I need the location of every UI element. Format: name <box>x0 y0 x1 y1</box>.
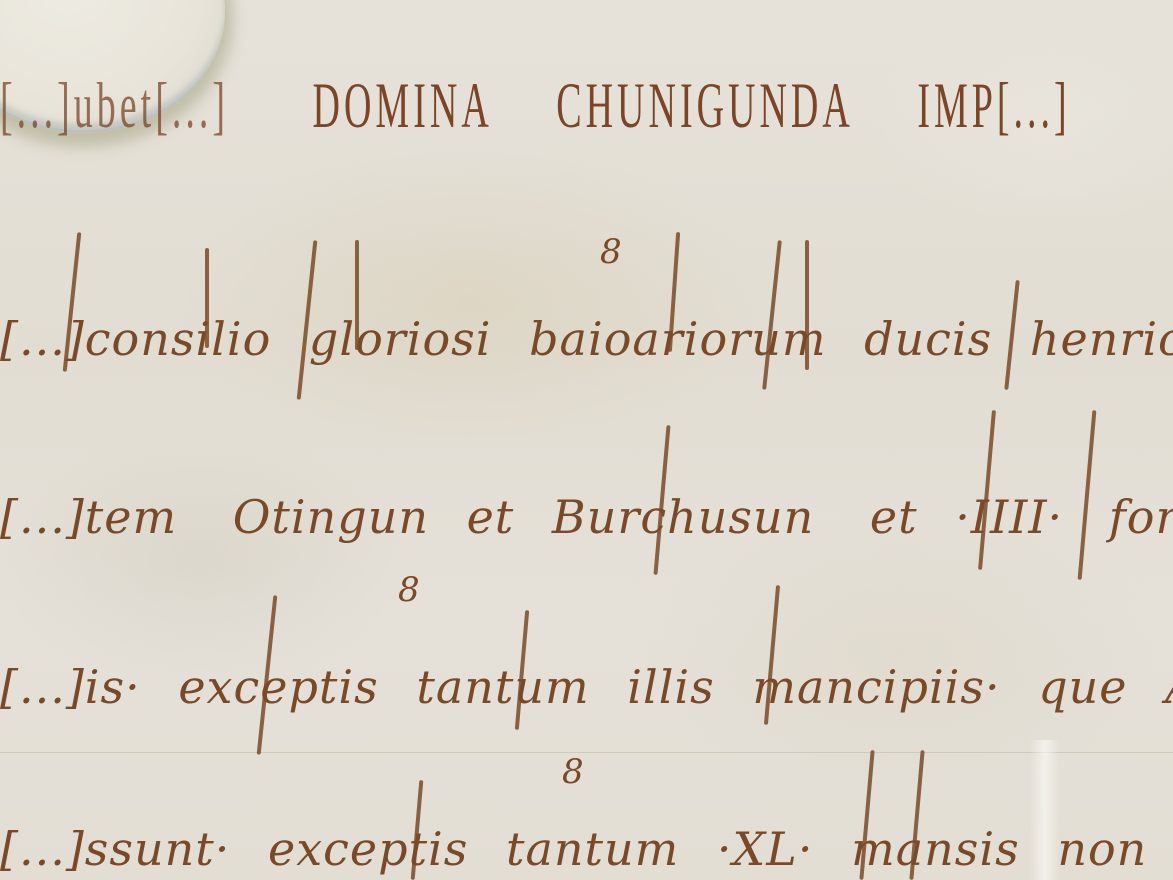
ascender-stroke <box>205 248 209 348</box>
word-et: et <box>870 490 918 544</box>
ascender-stroke <box>355 240 359 350</box>
word-fragment: [...]ssunt· <box>0 822 230 876</box>
word-fragment: [...]tem <box>0 490 177 544</box>
word-adelhard: Adelhard[...] <box>1165 660 1173 714</box>
abbreviation-mark: 8 <box>600 232 622 272</box>
ascender-stroke <box>805 240 809 370</box>
word-non: non <box>1057 822 1147 876</box>
word-exceptis: exceptis <box>178 660 378 714</box>
word-tantum: tantum <box>506 822 679 876</box>
manuscript-line-4: [...]is· exceptis tantum illis mancipiis… <box>0 660 1173 714</box>
word-numeral-xl: ·XL· <box>717 822 814 876</box>
word-ducis: ducis <box>864 312 992 366</box>
word-fragment: [...]ubet[...] <box>0 69 229 144</box>
word-tantum: tantum <box>416 660 589 714</box>
abbreviation-mark: 8 <box>562 752 584 792</box>
word-mansis: mansis <box>851 822 1020 876</box>
word-que: que <box>1038 660 1127 714</box>
word-illis: illis <box>627 660 714 714</box>
word-foreste: foreste[...] <box>1109 490 1173 544</box>
manuscript-line-2: [...]consilio gloriosi baioariorum ducis… <box>0 312 1173 366</box>
manuscript-line-3: [...]tem Otingun et Burchusun et ·IIII· … <box>0 490 1173 544</box>
word-burchusun: Burchusun <box>552 490 814 544</box>
word-domina: DOMINA <box>313 69 493 144</box>
word-chunigunda: CHUNIGUNDA <box>556 69 854 144</box>
word-henrici: henrici <box>1030 312 1173 366</box>
word-baioariorum: baioariorum <box>529 312 826 366</box>
word-otingun: Otingun <box>233 490 429 544</box>
word-et: et <box>467 490 515 544</box>
word-exceptis: exceptis <box>268 822 468 876</box>
word-mancipiis: mancipiis· <box>752 660 1000 714</box>
ruling-line <box>0 752 1173 753</box>
word-fragment: [...]is· <box>0 660 141 714</box>
word-imp: IMP[...] <box>917 69 1070 144</box>
manuscript-line-5: [...]ssunt· exceptis tantum ·XL· mansis … <box>0 822 1173 876</box>
manuscript-line-1: [...]ubet[...] DOMINA CHUNIGUNDA IMP[...… <box>0 69 1093 144</box>
word-numeral-iiii: ·IIII· <box>955 490 1063 544</box>
abbreviation-mark: 8 <box>398 570 420 610</box>
word-consilio: [...]consilio <box>0 312 271 366</box>
word-gloriosi: gloriosi <box>309 312 492 366</box>
